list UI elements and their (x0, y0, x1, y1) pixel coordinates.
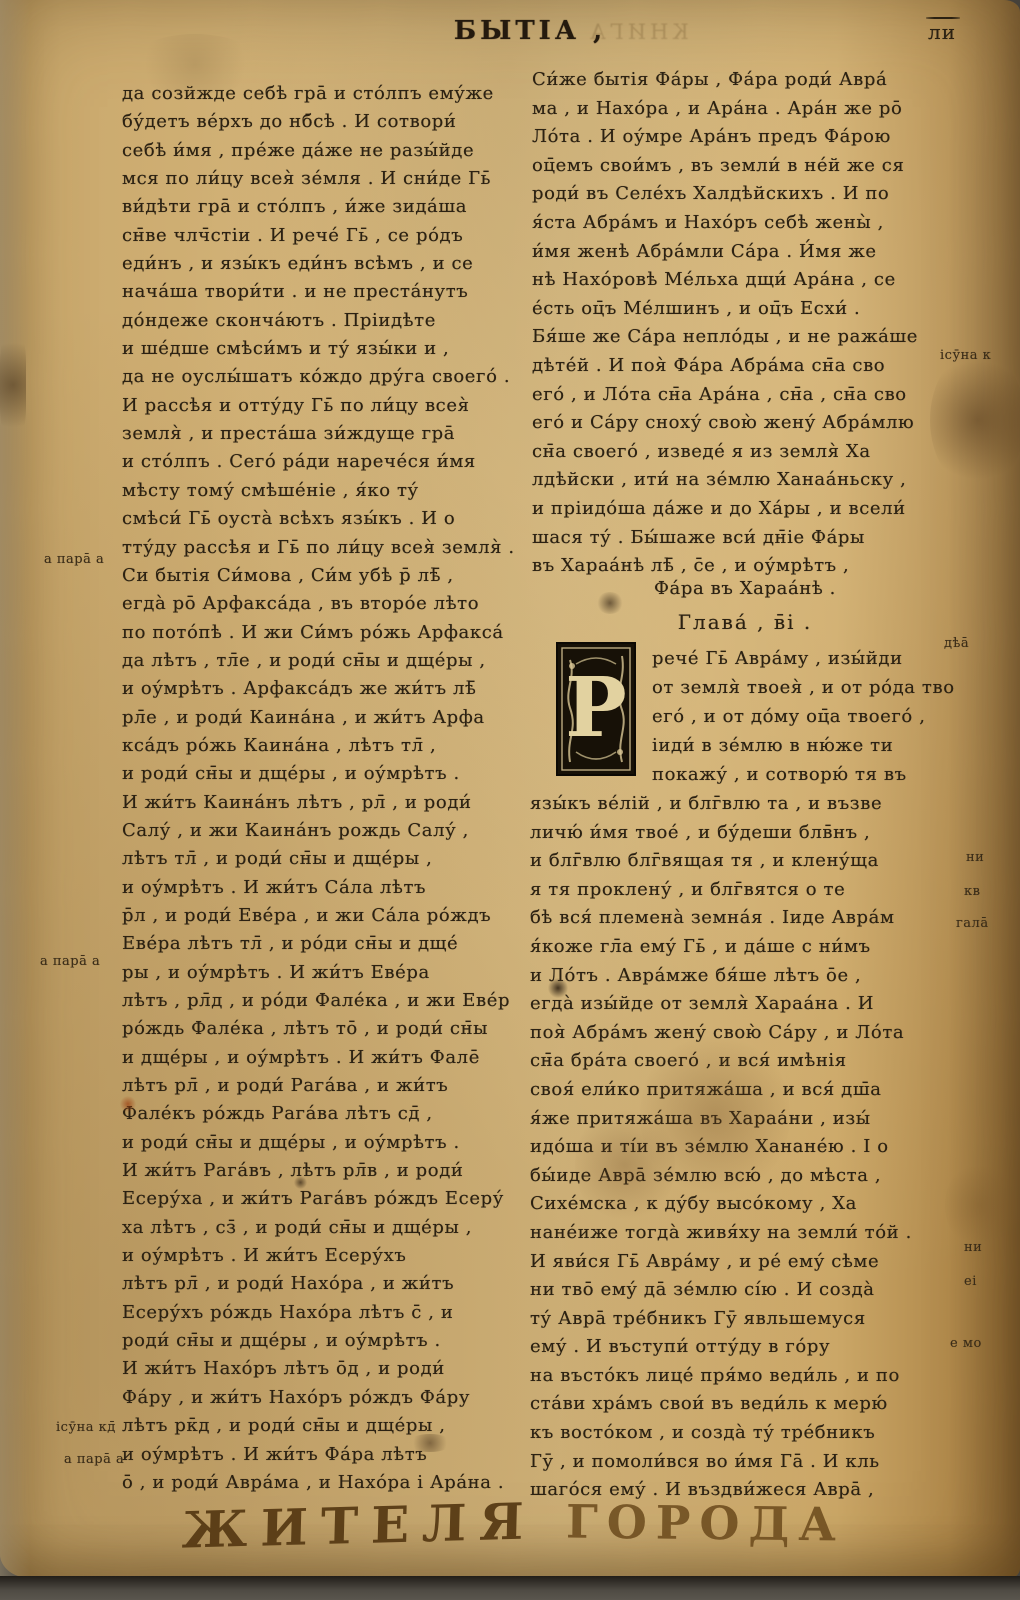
photo-background-edge (0, 1576, 1020, 1600)
text-line: бу́детъ ве́рхъ до нб̄сѣ . И сотвори́ (122, 108, 540, 136)
section-closing-line: Фа́ра въ Хараа́нѣ . (530, 578, 960, 599)
text-line: ры , и оу́мрѣтъ . И жи́тъ Еве́ра (122, 959, 540, 987)
text-line: и роди́ сн̄ы и дще́ры , и оу́мрѣтъ . (122, 760, 540, 788)
right-text-column-upper: Си́же бытія Фа́ры , Фа́ра роди́ Авра́ма … (532, 66, 962, 581)
text-line: и оу́мрѣтъ . И жи́тъ Фа́ра лѣтъ (122, 1441, 540, 1469)
text-line: смѣси́ Гь̄ оуста̀ всѣхъ язы́къ . И о (122, 505, 540, 533)
text-line: Салу́ , и жи Каина́нъ рождь Салу́ , (122, 817, 540, 845)
text-line: лдѣйски , ити́ на зе́млю Ханаа́ньску , (532, 466, 962, 495)
folio-number: ли (928, 20, 956, 44)
text-line: его́ , и Ло́та сн̄а Ара́на , сн̄а , сн̄а… (532, 381, 962, 410)
text-line: Есеру́хъ ро́ждь Нахо́ра лѣтъ с̄ , и (122, 1299, 540, 1327)
text-line: да не оуслы́шатъ ко́ждо дру́га своего́ . (122, 363, 540, 391)
text-line: и Ло́тъ . Авра́мже бя́ше лѣтъ о̄е , (530, 962, 962, 991)
margin-note-joshua-ref: ісӯна к (940, 348, 991, 363)
text-line: от земля̀ твоея̀ , и от ро́да тво (652, 673, 962, 702)
text-line: И жи́тъ Каина́нъ лѣтъ , рл̄ , и роди́ (122, 789, 540, 817)
text-line: и пріидо́ша да́же и до Ха́ры , и всели́ (532, 495, 962, 524)
text-line: сн̄а своего́ , изведе́ я из земля̀ Ха (532, 438, 962, 467)
text-line: ха лѣтъ , сз̄ , и роди́ сн̄ы и дще́ры , (122, 1214, 540, 1242)
text-line: и ше́дше смѣси́мъ и ту́ язы́ки и , (122, 335, 540, 363)
chapter-heading: Глава́ , в̄і . (530, 610, 960, 634)
text-line: Бя́ше же Са́ра непло́ды , и не ража́ше (532, 323, 962, 352)
text-line: я́ста Абра́мъ и Нахо́ръ себѣ жены̀ , (532, 209, 962, 238)
text-line: ему́ . И въступи́ отту́ду в го́ру (530, 1333, 962, 1362)
text-line: лѣтъ рл̄ , и роди́ Рага́ва , и жи́тъ (122, 1072, 540, 1100)
text-line: его́ и Са́ру сноху́ свою̀ жену́ Абра́млю (532, 409, 962, 438)
margin-note-acts-ref: дѣа̄ (944, 636, 969, 651)
text-line: и дще́ры , и оу́мрѣтъ . И жи́тъ Фале̄ (122, 1044, 540, 1072)
text-line: мѣсту тому́ смѣше́ніе , я́ко ту́ (122, 477, 540, 505)
margin-note: ни (966, 850, 984, 865)
text-line: еди́нъ , и язы́къ еди́нъ всѣмъ , и се (122, 250, 540, 278)
text-line: и сто́лпъ . Сего́ ра́ди нарече́ся и́мя (122, 448, 540, 476)
text-line: лѣтъ тл̄ , и роди́ сн̄ы и дще́ры , (122, 845, 540, 873)
text-line: да лѣтъ , тл̄е , и роди́ сн̄ы и дще́ры , (122, 647, 540, 675)
text-line: нѣ Нахо́ровѣ Ме́льха дщи́ Ара́на , се (532, 266, 962, 295)
margin-note: еі (964, 1274, 977, 1289)
book-page: КНИГА БЫТІА , ли да созйжде себѣ гра̄ и … (0, 0, 1020, 1578)
right-text-column-indented: рече́ Гь̄ Авра́му , изы́йдиот земля̀ тво… (652, 644, 962, 789)
text-line: себѣ и́мя , пре́же да́же не разы́йде (122, 137, 540, 165)
text-line: ви́дѣти гра̄ и сто́лпъ , и́же зида́ша (122, 193, 540, 221)
margin-note: ни (964, 1240, 982, 1255)
text-line: лѣтъ , рл̄д , и ро́ди Фале́ка , и жи Еве… (122, 987, 540, 1015)
text-line: тту́ду рассѣя и Гь̄ по ли́цу всея̀ земля… (122, 534, 540, 562)
text-line: оц̄емъ свои́мъ , въ земли́ в не́й же ся (532, 152, 962, 181)
text-line: ту́ Авра̄ тре́бникъ Гӯ явльшемуся (530, 1305, 962, 1334)
text-line: ма , и Нахо́ра , и Ара́на . Ара́н же ро̄ (532, 95, 962, 124)
text-line: идо́ша и ті́и въ зе́млю Ханане́ю . І о (530, 1133, 962, 1162)
text-line: поя̀ Абра́мъ жену́ свою̀ Са́ру , и Ло́та (530, 1019, 962, 1048)
text-line: шася ту́ . Бы́шаже вси́ дн̄іе Фа́ры (532, 524, 962, 553)
text-line: Гӯ , и помоли́вся во и́мя Га̄ . И кль (530, 1448, 962, 1477)
margin-note-joshua-ref: ісӯна кд̄ (56, 1420, 116, 1435)
text-line: въ Хараа́нѣ лѣ̄ , с̄е , и оу́мрѣтъ , (532, 552, 962, 581)
text-line: дѣте́й . И поя̀ Фа́ра Абра́ма сн̄а сво (532, 352, 962, 381)
text-line: и́мя женѣ Абра́мли Са́ра . И́мя же (532, 238, 962, 267)
text-line: Сихе́мска , к ду́бу высо́кому , Ха (530, 1190, 962, 1219)
text-line: сн̄ве члч̄стіи . И рече́ Гь̄ , се ро́дъ (122, 222, 540, 250)
text-line: ста́ви хра́мъ свои́ въ веди́ль к мерю́ (530, 1390, 962, 1419)
worn-left-edge (0, 0, 30, 1578)
text-line: е́сть оц̄ъ Ме́лшинъ , и оц̄ъ Есхи́ . (532, 295, 962, 324)
text-line: лѣтъ рк̄д , и роди́ сн̄ы и дще́ры , (122, 1412, 540, 1440)
text-line: да созйжде себѣ гра̄ и сто́лпъ ему́же (122, 80, 540, 108)
text-line: Си́же бытія Фа́ры , Фа́ра роди́ Авра́ (532, 66, 962, 95)
text-line: роди́ въ Селе́хъ Халдѣйскихъ . И по (532, 180, 962, 209)
text-line: по пото́пѣ . И жи Си́мъ ро́жь Арфакса́ (122, 619, 540, 647)
text-line: Еве́ра лѣтъ тл̄ , и ро́ди сн̄ы и дще́ (122, 930, 540, 958)
text-line: мся по ли́цу всея̀ зе́мля . И сни́де Гь̄ (122, 165, 540, 193)
text-line: его́ , и от до́му оц̄а твоего́ , (652, 702, 962, 731)
text-line: и оу́мрѣтъ . И жи́тъ Есеру́хъ (122, 1242, 540, 1270)
text-line: рече́ Гь̄ Авра́му , изы́йди (652, 644, 962, 673)
text-line: рл̄е , и роди́ Каина́на , и жи́тъ Арфа (122, 704, 540, 732)
text-line: И рассѣя и отту́ду Гь̄ по ли́цу всея̀ (122, 392, 540, 420)
text-line: И яви́ся Гь̄ Авра́му , и ре́ ему́ сѣме (530, 1248, 962, 1277)
margin-note: кв (964, 884, 980, 899)
text-line: нане́иже тогда̀ живя́ху на земли́ то́й . (530, 1219, 962, 1248)
text-line: кса́дъ ро́жь Каина́на , лѣтъ тл̄ , (122, 732, 540, 760)
text-line: Си бытія Си́мова , Си́м убѣ р̄ лѣ̄ , (122, 562, 540, 590)
text-line: бы́иде Авра̄ зе́млю всю́ , до мѣста , (530, 1162, 962, 1191)
handwritten-inscription-word: ЖИТЕЛЯ (181, 1491, 537, 1559)
text-line: земля̀ , и преста́ша зи́ждуще гра̄ (122, 420, 540, 448)
text-line: до́ндеже сконча́ютъ . Пріидѣте (122, 307, 540, 335)
drop-cap-letter: Р (565, 660, 627, 756)
text-line: И жи́тъ Нахо́ръ лѣтъ о̄д , и роди́ (122, 1355, 540, 1383)
scanned-book-photo: { "header": { "title": "БЫТІА ,", "folio… (0, 0, 1020, 1600)
text-line: я́коже гл̄а ему́ Гь̄ , и да́ше с ни́мъ (530, 933, 962, 962)
margin-note-parallel-ref: а пара̄ а (40, 954, 100, 969)
text-line: я тя проклену́ , и блг̄вятся о те (530, 876, 962, 905)
text-line: къ восто́ком , и созда̀ ту́ тре́бникъ (530, 1419, 962, 1448)
right-text-column-lower: язы́къ ве́лій , и блг̄влю та , и възвели… (530, 790, 962, 1505)
text-line: и оу́мрѣтъ . Арфакса́дъ же жи́тъ лѣ̄ (122, 675, 540, 703)
text-line: и оу́мрѣтъ . И жи́тъ Са́ла лѣтъ (122, 874, 540, 902)
text-line: покажу́ , и сотворю́ тя въ (652, 760, 962, 789)
text-line: на въсто́къ лице́ пря́мо веди́ль , и по (530, 1362, 962, 1391)
text-line: нача́ша твори́ти . и не преста́нутъ (122, 278, 540, 306)
text-line: личю́ и́мя твое́ , и бу́деши блв̄нъ , (530, 819, 962, 848)
text-line: Фале́къ ро́ждь Рага́ва лѣтъ сд̄ , (122, 1100, 540, 1128)
text-line: Есеру́ха , и жи́тъ Рага́въ ро́ждъ Есеру́ (122, 1185, 540, 1213)
text-line: егда̀ ро̄ Арфакса́да , въ второ́е лѣто (122, 590, 540, 618)
text-line: своя́ ели́ко притяжа́ша , и вся́ дш̄а (530, 1076, 962, 1105)
text-line: Фа́ру , и жи́тъ Нахо́ръ ро́ждъ Фа́ру (122, 1384, 540, 1412)
text-line: бѣ вся́ племена̀ земна́я . Іиде Авра́м (530, 904, 962, 933)
margin-note-parallel-ref: а пара̄ а (44, 552, 104, 567)
text-line: язы́къ ве́лій , и блг̄влю та , и възве (530, 790, 962, 819)
text-line: іиди́ в зе́млю в ню́же ти (652, 731, 962, 760)
text-line: я́же притяжа́ша въ Хараа́ни , изы́ (530, 1105, 962, 1134)
ornate-initial-drop-cap: Р (556, 642, 636, 776)
text-line: и блг̄влю блг̄вящая тя , и клену́ща (530, 847, 962, 876)
text-line: ни тво̄ ему́ да̄ зе́млю сі́ю . И созда̀ (530, 1276, 962, 1305)
text-line: егда̀ изы́йде от земля̀ Хараа́на . И (530, 990, 962, 1019)
left-text-column: да созйжде себѣ гра̄ и сто́лпъ ему́жебу́… (122, 80, 540, 1497)
text-line: сн̄а бра́та своего́ , и вся́ имѣнія (530, 1047, 962, 1076)
handwritten-inscription-word: ГОРОДА (566, 1495, 845, 1552)
text-line: р̄л , и роди́ Еве́ра , и жи Са́ла ро́ждъ (122, 902, 540, 930)
folio-titlo-mark (926, 17, 960, 19)
text-line: роди́ сн̄ы и дще́ры , и оу́мрѣтъ . (122, 1327, 540, 1355)
margin-note-galatians-ref: гала̄ (956, 916, 989, 931)
running-header-title: БЫТІА , (420, 16, 640, 46)
text-line: ро́ждь Фале́ка , лѣтъ то̄ , и роди́ сн̄ы (122, 1015, 540, 1043)
text-line: и роди́ сн̄ы и дще́ры , и оу́мрѣтъ . (122, 1129, 540, 1157)
text-line: лѣтъ рл̄ , и роди́ Нахо́ра , и жи́тъ (122, 1270, 540, 1298)
text-line: Ло́та . И оу́мре Ара́нъ предъ Фа́рою (532, 123, 962, 152)
text-line: И жи́тъ Рага́въ , лѣтъ рл̄в , и роди́ (122, 1157, 540, 1185)
margin-note-parallel-ref: а пара̄ а (64, 1452, 124, 1467)
margin-note: е мо (950, 1336, 982, 1351)
